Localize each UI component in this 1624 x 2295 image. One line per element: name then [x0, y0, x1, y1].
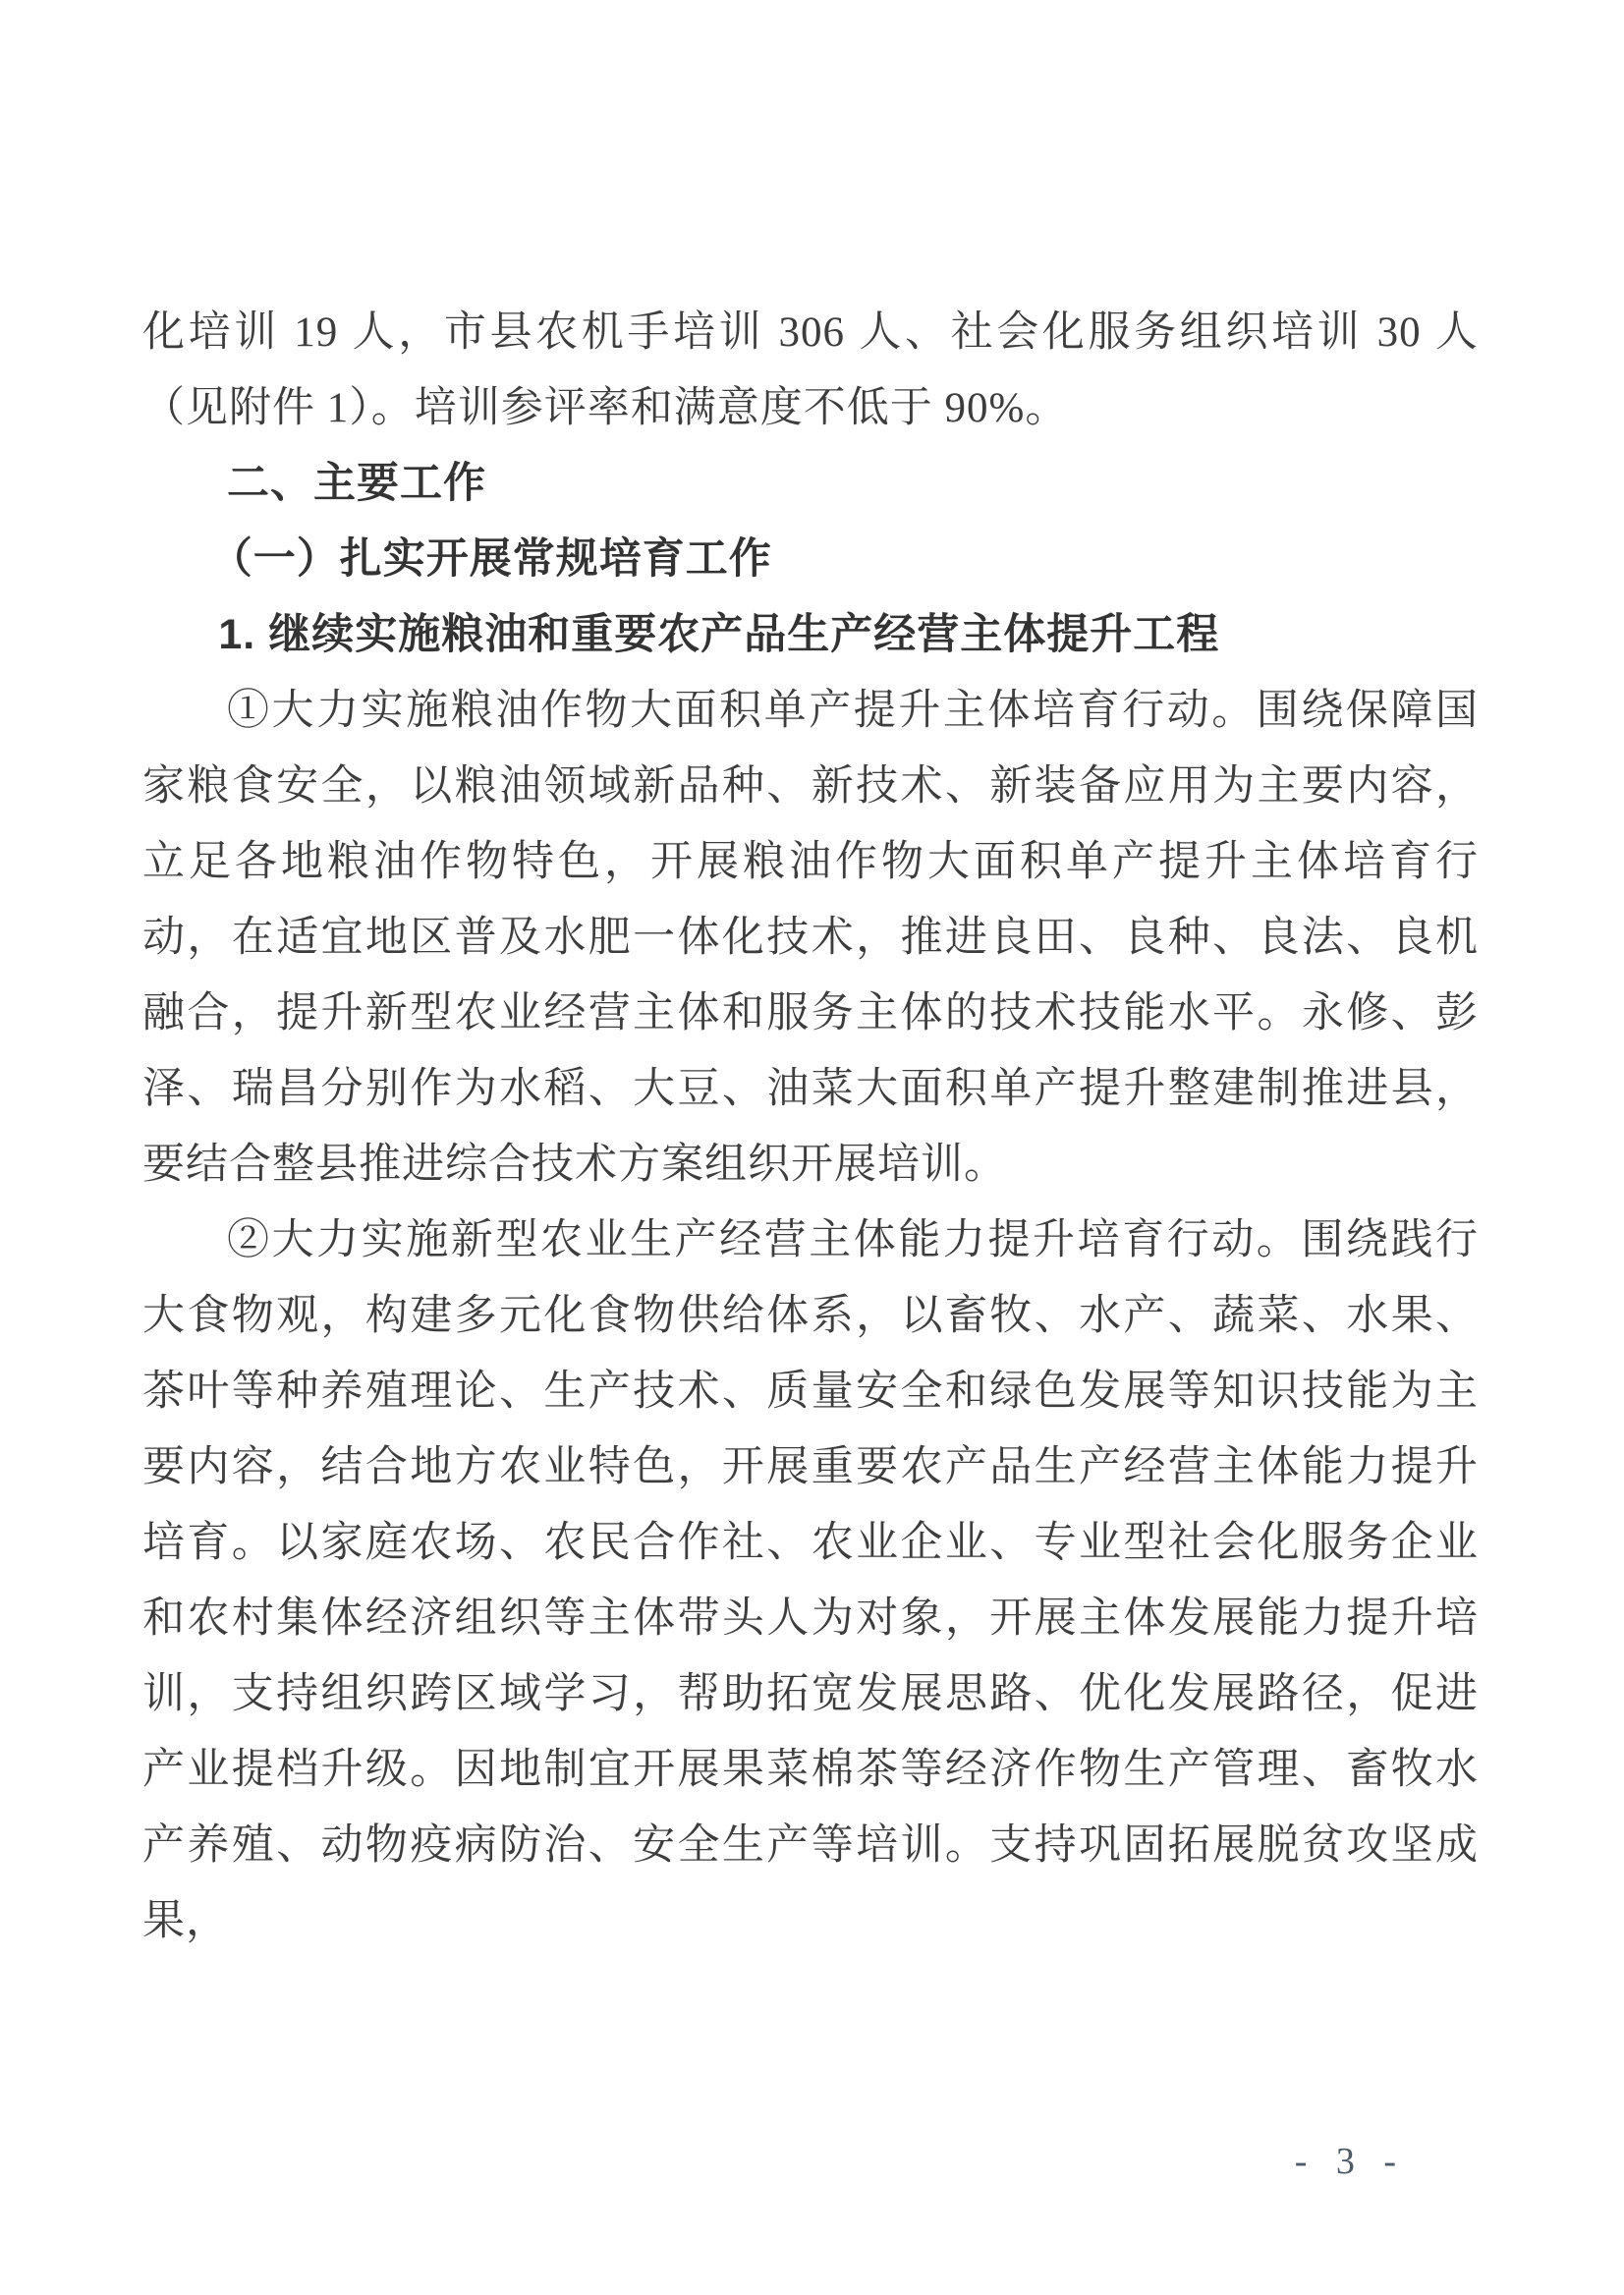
page-number: - 3 - [1295, 2140, 1406, 2183]
document-page: 化培训 19 人，市县农机手培训 306 人、社会化服务组织培训 30 人（见附… [0, 0, 1624, 2295]
subsection-heading: （一）扎实开展常规培育工作 [142, 522, 1479, 597]
document-body: 化培训 19 人，市县农机手培训 306 人、社会化服务组织培训 30 人（见附… [142, 295, 1479, 1959]
section-heading: 二、主要工作 [142, 446, 1479, 522]
body-paragraph-2: ②大力实施新型农业生产经营主体能力提升培育行动。围绕践行大食物观，构建多元化食物… [142, 1203, 1479, 1959]
continuation-paragraph: 化培训 19 人，市县农机手培训 306 人、社会化服务组织培训 30 人（见附… [142, 295, 1479, 446]
body-paragraph-1: ①大力实施粮油作物大面积单产提升主体培育行动。围绕保障国家粮食安全，以粮油领域新… [142, 673, 1479, 1203]
item-heading: 1. 继续实施粮油和重要农产品生产经营主体提升工程 [142, 597, 1479, 673]
